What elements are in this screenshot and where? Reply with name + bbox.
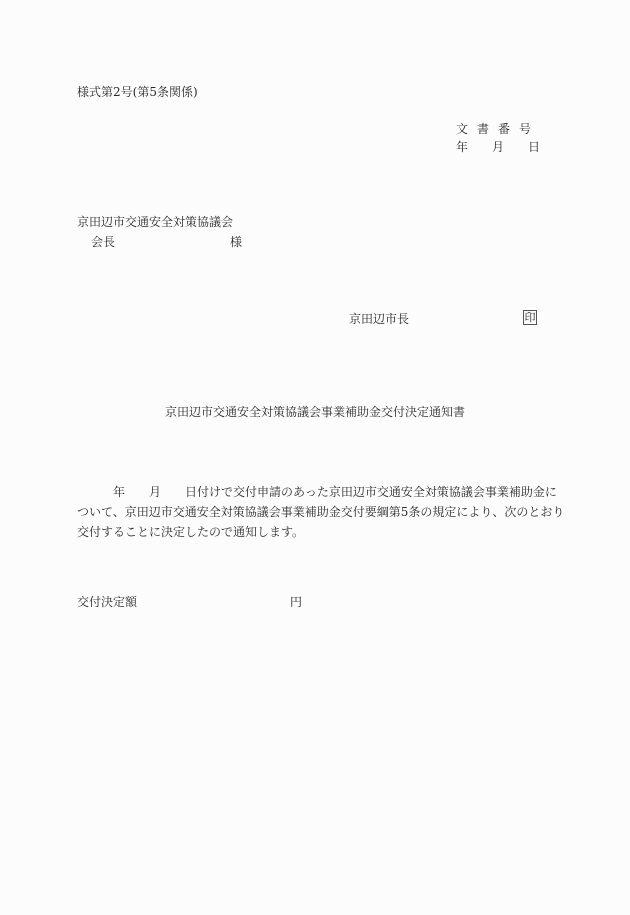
recipient-title: 会長: [91, 236, 115, 248]
form-number-label: 様式第2号(第5条関係): [77, 86, 198, 98]
recipient-honorific: 様: [230, 236, 242, 248]
document-number-label: 文書番号: [456, 123, 540, 135]
body-line-2: ついて、京田辺市交通安全対策協議会事業補助金交付要綱第5条の規定により、次のとお…: [77, 502, 552, 522]
recipient-organization: 京田辺市交通安全対策協議会: [77, 216, 233, 228]
issue-date: 年 月 日: [456, 141, 540, 153]
date-year-label: 年: [456, 141, 468, 153]
seal-stamp-icon: 印: [523, 310, 537, 325]
notice-body: 年月日付けで交付申請のあった京田辺市交通安全対策協議会事業補助金に ついて、京田…: [77, 482, 552, 542]
date-day-label: 日: [528, 141, 540, 153]
document-title: 京田辺市交通安全対策協議会事業補助金交付決定通知書: [165, 406, 465, 418]
body-line-1-text: 日付けで交付申請のあった京田辺市交通安全対策協議会事業補助金に: [185, 485, 557, 499]
sender-name: 京田辺市長: [349, 313, 409, 325]
body-year-label: 年: [113, 485, 125, 499]
body-month-label: 月: [149, 485, 161, 499]
grant-amount-unit: 円: [290, 596, 302, 608]
grant-amount-label: 交付決定額: [77, 596, 137, 608]
date-month-label: 月: [492, 141, 504, 153]
body-line-3: 交付することに決定したので通知します。: [77, 522, 552, 542]
body-line-1: 年月日付けで交付申請のあった京田辺市交通安全対策協議会事業補助金に: [77, 482, 552, 502]
